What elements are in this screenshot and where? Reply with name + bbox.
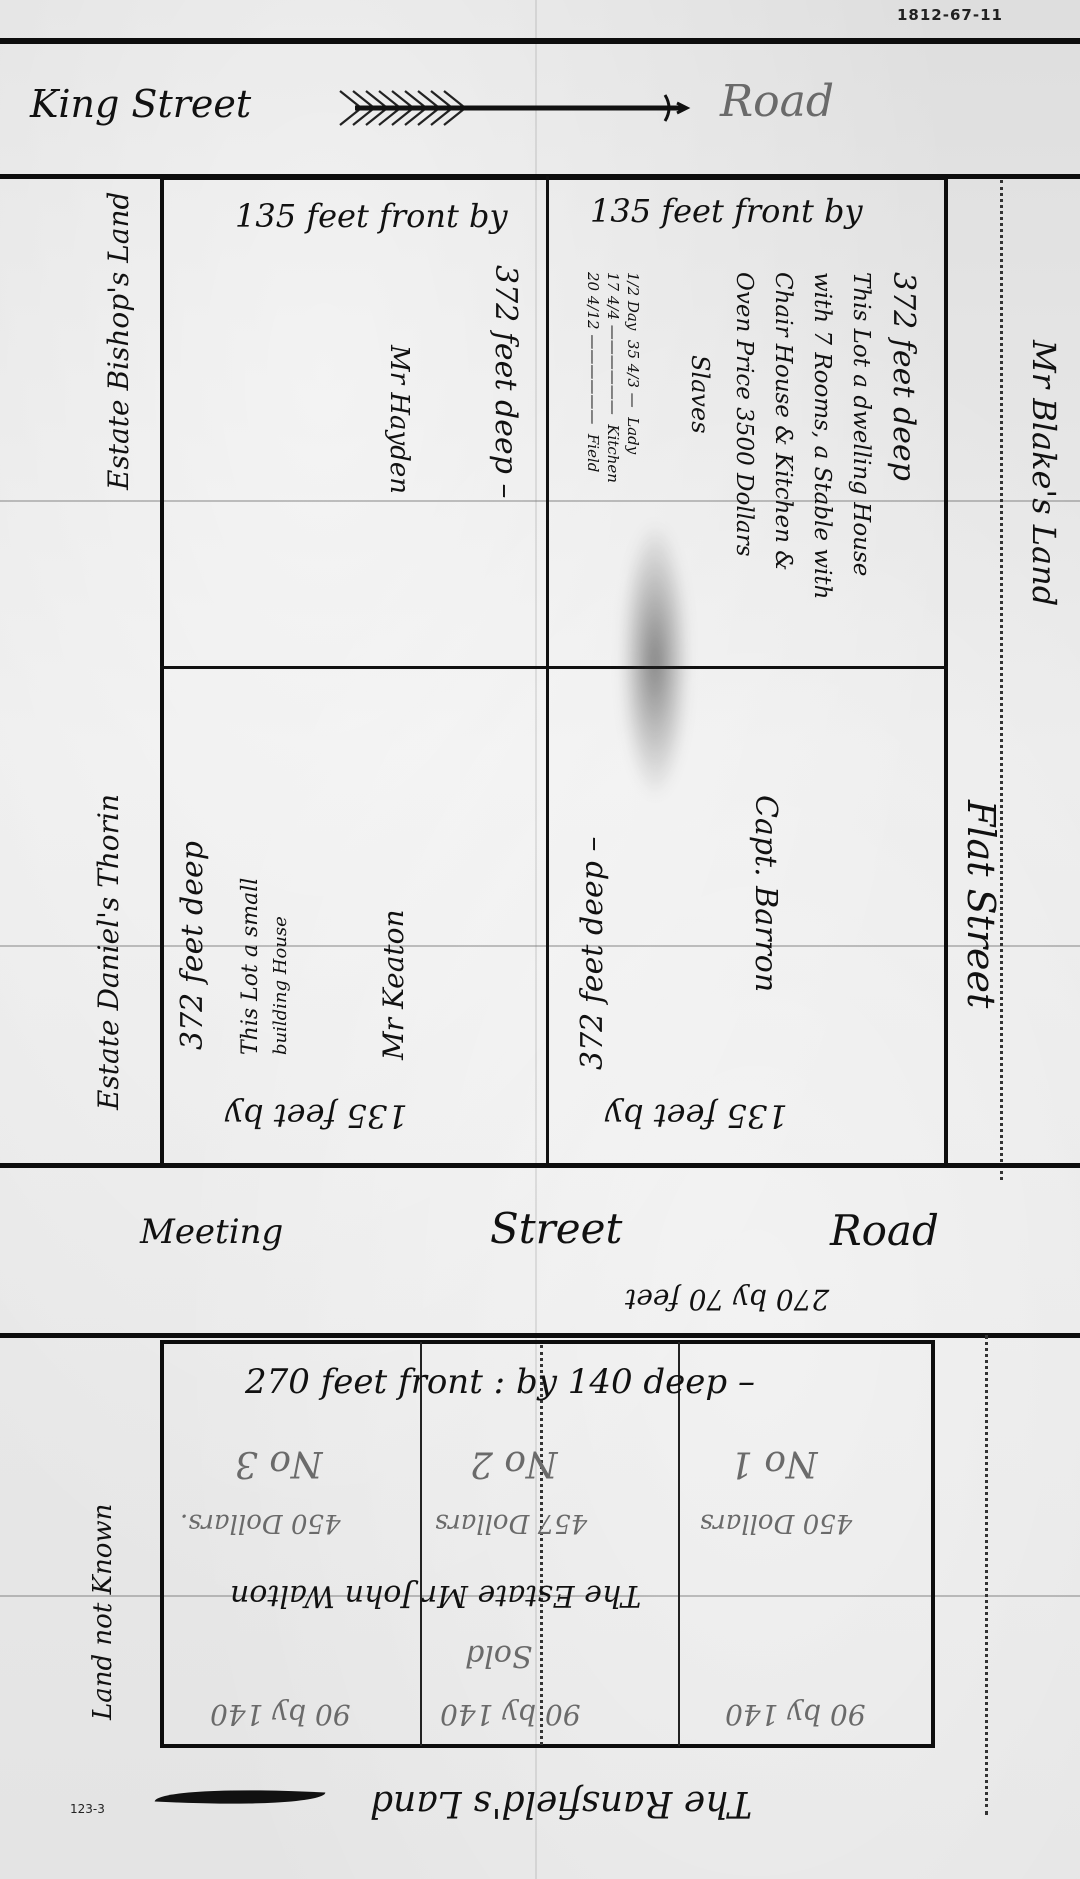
slaves-label: Slaves (688, 355, 712, 434)
archive-number: 1812-67-11 (897, 6, 1003, 24)
lot-frontage: 135 feet front by (590, 195, 863, 227)
lot-owner: Capt. Barron (750, 795, 780, 992)
slave-age: 17 4/4 (604, 272, 622, 320)
lot-number: No 3 (235, 1445, 323, 1481)
lot-size: 90 by 140 (210, 1700, 351, 1728)
street-dimension-upside-down: 270 by 70 feet (625, 1285, 829, 1313)
lot-description-line: This Lot a dwelling House (849, 272, 872, 576)
adjacent-land-estate-daniels-thorin: Estate Daniel's Thorin (95, 794, 123, 1110)
lot-depth: 372 feet deep (888, 272, 918, 481)
property-boundary-dotted (985, 1335, 988, 1815)
street-label-road-middle: Road (830, 1210, 939, 1252)
top-border-rule (0, 38, 1080, 44)
lot-size: 90 by 140 (725, 1700, 866, 1728)
slave-value: 35 4/3 (624, 340, 642, 388)
slave-entry: 17 4/4 —————— Kitchen (605, 272, 620, 483)
street-label-flat-street: Flat Street (962, 800, 1000, 1008)
slave-role: Lady (624, 417, 642, 454)
slave-role: Field (584, 434, 602, 472)
lot-number: No 1 (730, 1445, 818, 1481)
upper-block-horizontal-divider (160, 666, 948, 669)
upper-block-vertical-divider (546, 176, 549, 1166)
adjacent-land-estate-bishops: Estate Bishop's Land (105, 192, 133, 490)
lot-frontage: 135 feet front by (235, 200, 508, 232)
meeting-street-lower-rule (0, 1333, 1080, 1338)
lot-description-line: with 7 Rooms, a Stable with (810, 272, 833, 599)
street-label-street: Street (490, 1208, 622, 1250)
lower-block-sold-note: Sold (465, 1640, 532, 1670)
lot-description-line: This Lot a small (240, 878, 262, 1055)
lower-block-header: 270 feet front : by 140 deep – (245, 1365, 755, 1399)
lot-depth: 372 feet deep – (490, 265, 520, 498)
slave-age: 20 4/12 (584, 272, 602, 330)
lot-description-line: Oven Price 3500 Dollars (732, 272, 755, 557)
lot-description-line: Chair House & Kitchen & (771, 272, 794, 571)
lot-price: 450 Dollars. (180, 1510, 341, 1536)
adjacent-land-mr-blakes: Mr Blake's Land (1028, 340, 1060, 606)
lower-block-column-divider (420, 1342, 422, 1746)
lot-description-line: building House (272, 916, 290, 1055)
lower-block-owner-note: The Estate Mr John Walton (230, 1580, 641, 1610)
adjacent-land-ransfields: The Ransfield's Land (370, 1785, 752, 1821)
arrow-right-icon (335, 85, 695, 130)
street-label-road-top: Road (720, 80, 834, 124)
lot-depth: 372 feet deep (178, 841, 208, 1050)
property-boundary-dotted (1000, 180, 1003, 1180)
lot-frontage-upside-down: 135 feet by (225, 1100, 408, 1132)
street-label-king-street: King Street (30, 85, 251, 123)
lot-frontage-upside-down: 135 feet by (605, 1100, 788, 1132)
lot-depth: 372 feet deep – (578, 837, 608, 1070)
lot-owner: Mr Keaton (380, 909, 408, 1060)
lot-number: No 2 (470, 1445, 558, 1481)
lot-size: 90 by 140 (440, 1700, 581, 1728)
slave-role: Kitchen (604, 424, 622, 483)
ink-smudge (620, 520, 690, 800)
street-label-meeting: Meeting (140, 1215, 283, 1249)
page-number: 123-3 (70, 1802, 105, 1816)
lot-price: 457 Dollars (435, 1510, 587, 1536)
lot-price: 450 Dollars (700, 1510, 852, 1536)
meeting-street-upper-rule (0, 1163, 1080, 1168)
slave-entry: 1/2 Day 35 4/3 — Lady (625, 272, 640, 454)
lower-block-dotted-divider (540, 1345, 543, 1745)
lot-owner: Mr Hayden (386, 345, 412, 494)
slave-age: 1/2 Day (624, 272, 642, 330)
adjacent-land-not-known: Land not Known (90, 1504, 116, 1720)
slave-entry: 20 4/12 —————— Field (585, 272, 600, 472)
lower-block-column-divider (678, 1342, 680, 1746)
